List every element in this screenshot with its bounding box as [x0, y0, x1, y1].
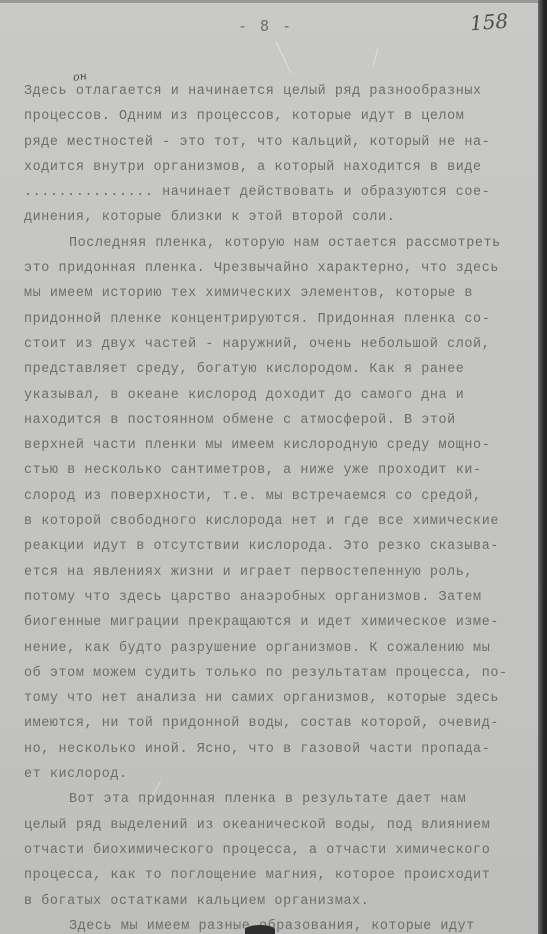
text-line: в богатых остатками кальцием организмах.	[24, 889, 538, 914]
page-number: - 8 -	[238, 17, 293, 35]
text-line: находится в постоянном обмене с атмосфер…	[24, 408, 538, 433]
film-scratch	[276, 41, 292, 73]
text-line: ет кислород.	[24, 762, 538, 787]
text-line: верхней части пленки мы имеем кислородну…	[24, 433, 538, 458]
text-line: потому что здесь царство анаэробных орга…	[24, 585, 538, 610]
text-line: ряде местностей - это тот, что кальций, …	[24, 130, 538, 155]
text-line: динения, которые близки к этой второй со…	[24, 205, 538, 230]
text-line: Последняя пленка, которую нам остается р…	[24, 231, 538, 256]
text-line: об этом можем судить только по результат…	[24, 661, 538, 686]
text-line: ется на явлениях жизни и играет первосте…	[24, 560, 538, 585]
text-line: но, несколько иной. Ясно, что в газовой …	[24, 737, 538, 762]
text-line: отчасти биохимического процесса, а отчас…	[24, 838, 538, 863]
text-line: в которой свободного кислорода нет и где…	[24, 509, 538, 534]
film-scratch	[373, 48, 379, 66]
text-line: стью в несколько сантиметров, а ниже уже…	[24, 458, 538, 483]
text-line: имеются, ни той придонной воды, состав к…	[24, 711, 538, 736]
text-line: реакции идут в отсутствии кислорода. Это…	[24, 534, 538, 559]
ink-smudge	[245, 925, 275, 934]
archive-folio-number: 158	[469, 9, 509, 36]
text-line: слород из поверхности, т.е. мы встречаем…	[24, 484, 538, 509]
text-line: ............... начинает действовать и о…	[24, 180, 538, 205]
text-line: Здесь мы имеем разные образования, котор…	[24, 914, 538, 934]
text-line: тому что нет анализа ни самих организмов…	[24, 686, 538, 711]
scan-frame-edge	[538, 0, 547, 934]
document-page: - 8 - 158 он Здесь отлагается и начинает…	[0, 0, 538, 934]
text-line: процесса, как то поглощение магния, кото…	[24, 863, 538, 888]
typewritten-body: Здесь отлагается и начинается целый ряд …	[24, 79, 538, 934]
text-line: нение, как будто разрушение организмов. …	[24, 636, 538, 661]
text-line: мы имеем историю тех химических элементо…	[24, 281, 538, 306]
scan-top-edge	[0, 0, 538, 3]
text-line: Здесь отлагается и начинается целый ряд …	[24, 79, 538, 104]
text-line: придонной пленке концентрируются. Придон…	[24, 307, 538, 332]
text-line: ходится внутри организмов, а который нах…	[24, 155, 538, 180]
text-line: это придонная пленка. Чрезвычайно характ…	[24, 256, 538, 281]
text-line: представляет среду, богатую кислородом. …	[24, 357, 538, 382]
text-line: указывал, в океане кислород доходит до с…	[24, 383, 538, 408]
text-line: стоит из двух частей - наружний, очень н…	[24, 332, 538, 357]
text-line: целый ряд выделений из океанической воды…	[24, 813, 538, 838]
text-line: Вот эта придонная пленка в результате да…	[24, 787, 538, 812]
text-line: биогенные миграции прекращаются и идет х…	[24, 610, 538, 635]
text-line: процессов. Одним из процессов, которые и…	[24, 104, 538, 129]
